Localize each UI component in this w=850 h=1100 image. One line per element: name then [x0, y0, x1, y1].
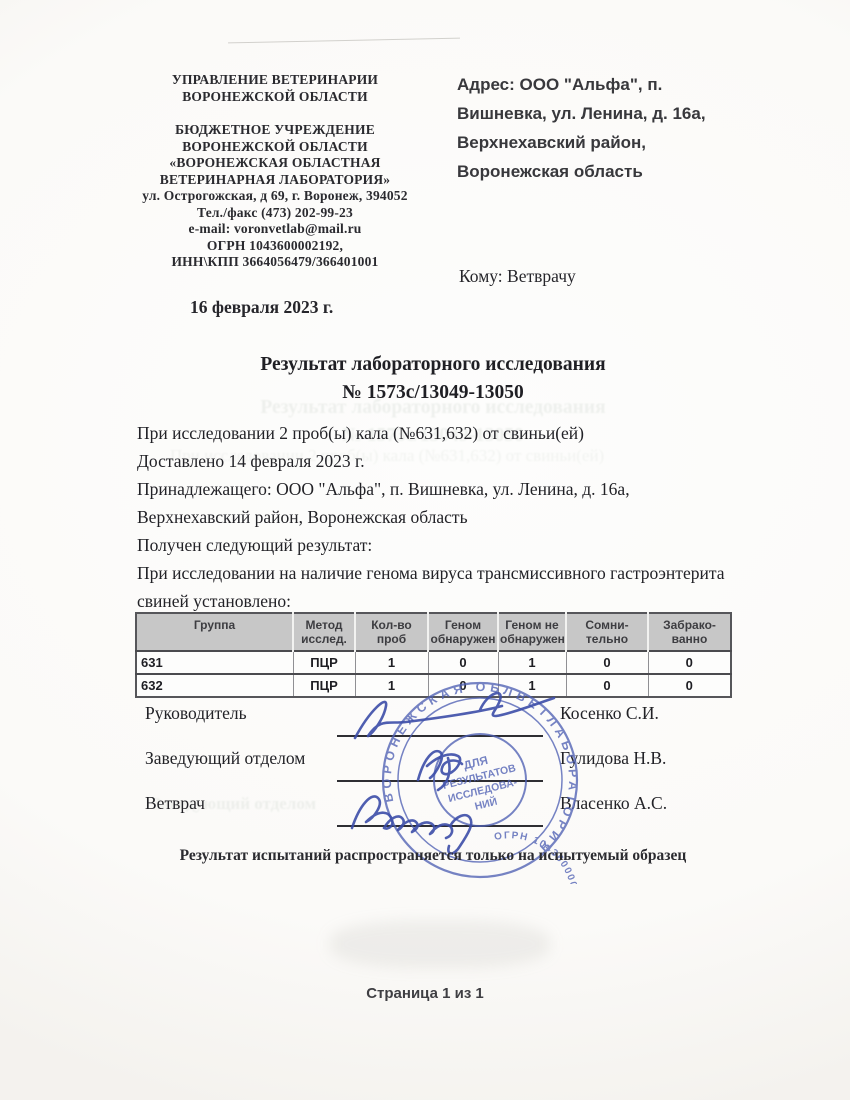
body-paragraph: При исследовании на наличие генома вирус…: [137, 560, 738, 615]
letterhead-org-block: УПРАВЛЕНИЕ ВЕТЕРИНАРИИ ВОРОНЕЖСКОЙ ОБЛАС…: [132, 72, 418, 271]
document-title-line1: Результат лабораторного исследования: [137, 351, 729, 379]
recipient-to: Кому: Ветврачу: [459, 266, 576, 287]
letterhead-line: УПРАВЛЕНИЕ ВЕТЕРИНАРИИ: [132, 72, 418, 89]
table-row: 631 ПЦР 1 0 1 0 0: [136, 651, 731, 674]
signature-role-director: Руководитель: [145, 703, 247, 724]
scan-page-edge: [228, 38, 460, 44]
body-paragraph: Доставлено 14 февраля 2023 г.: [137, 448, 738, 476]
column-header: Группа: [136, 613, 293, 651]
footer-disclaimer: Результат испытаний распространяется тол…: [137, 847, 729, 865]
signature-ink-dept-head: [418, 751, 462, 790]
cell-sample-count: 1: [355, 651, 428, 674]
letterhead-phone: Тел./факс (473) 202-99-23: [132, 205, 418, 222]
signature-ink-vet: [352, 796, 471, 853]
cell-group: 631: [136, 651, 293, 674]
cell-genome-not-found: 1: [498, 651, 566, 674]
results-table-header: Группа Метод исслед. Кол-во проб Геном о…: [136, 613, 731, 651]
body-paragraph: Принадлежащего: ООО "Альфа", п. Вишневка…: [137, 476, 738, 531]
scan-smudge: [330, 920, 550, 968]
letterhead-line: ВОРОНЕЖСКОЙ ОБЛАСТИ: [132, 139, 418, 156]
cell-rejected: 0: [648, 674, 731, 697]
letterhead-line: «ВОРОНЕЖСКАЯ ОБЛАСТНАЯ: [132, 155, 418, 172]
page-number: Страница 1 из 1: [0, 985, 850, 1002]
letterhead-line: БЮДЖЕТНОЕ УЧРЕЖДЕНИЕ: [132, 122, 418, 139]
document-number: № 1573с/13049-13050: [137, 379, 729, 407]
body-paragraph: При исследовании 2 проб(ы) кала (№631,63…: [137, 420, 738, 448]
column-header: Метод исслед.: [293, 613, 355, 651]
letterhead-address: ул. Острогожская, д 69, г. Воронеж, 3940…: [132, 188, 418, 205]
cell-group: 632: [136, 674, 293, 697]
letterhead-email: e-mail: voronvetlab@mail.ru: [132, 221, 418, 238]
column-header: Сомни- тельно: [566, 613, 648, 651]
letterhead-line: ВЕТЕРИНАРНАЯ ЛАБОРАТОРИЯ»: [132, 172, 418, 189]
document-date: 16 февраля 2023 г.: [190, 297, 333, 318]
column-header: Геном обнаружен: [428, 613, 498, 651]
body-paragraph: Получен следующий результат:: [137, 532, 738, 560]
cell-rejected: 0: [648, 651, 731, 674]
document-title: Результат лабораторного исследования № 1…: [137, 351, 729, 406]
recipient-address: Адрес: ООО "Альфа", п. Вишневка, ул. Лен…: [457, 70, 742, 186]
column-header: Кол-во проб: [355, 613, 428, 651]
signature-role-dept-head: Заведующий отделом: [145, 748, 305, 769]
cell-method: ПЦР: [293, 651, 355, 674]
handwritten-signatures: [330, 680, 600, 870]
letterhead-line: ВОРОНЕЖСКОЙ ОБЛАСТИ: [132, 89, 418, 106]
signature-role-vet: Ветврач: [145, 793, 205, 814]
letterhead-ogrn: ОГРН 1043600002192,: [132, 238, 418, 255]
scanned-document-page: Результат лабораторного исследования № 1…: [0, 0, 850, 1100]
cell-doubtful: 0: [566, 651, 648, 674]
column-header: Забрако- ванно: [648, 613, 731, 651]
cell-genome-found: 0: [428, 651, 498, 674]
signature-ink-director: [355, 693, 554, 738]
column-header: Геном не обнаружен: [498, 613, 566, 651]
letterhead-inn: ИНН\КПП 3664056479/366401001: [132, 254, 418, 271]
